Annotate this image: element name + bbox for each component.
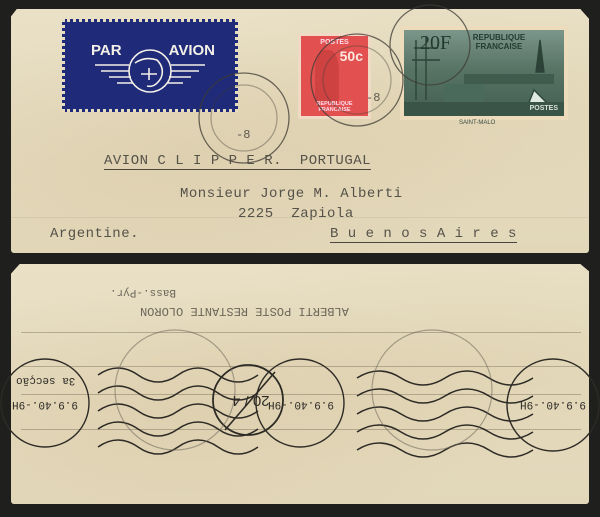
stamp-postes-text: POSTES: [530, 105, 558, 112]
postmark-date-right: 9.9.40.-9H: [520, 398, 586, 410]
stamp-country-text: REPUBLIQUE FRANCAISE: [301, 101, 368, 113]
routing-line: AVION C L I P P E R. PORTUGAL: [104, 153, 371, 170]
stamp-caption: SAINT-MALO: [459, 120, 495, 126]
stamp-50c-peace: POSTES 50c REPUBLIQUE FRANCAISE: [298, 33, 371, 119]
airmail-label: PAR AVION: [62, 19, 238, 112]
address-street: 2225 Zapiola: [238, 206, 354, 222]
address-city: B u e n o s A i r e s: [330, 226, 517, 243]
stamp-value: 50c: [340, 48, 363, 64]
sender-line-inverted: ALBERTI POSTE RESTANTE OLORON: [140, 304, 349, 318]
sender-sub-inverted: Bass.-Pyr.: [110, 286, 176, 298]
transit-mark-text: 20 / 4: [232, 392, 270, 409]
airmail-label-avion: AVION: [169, 42, 215, 59]
stamp-country-text: REPUBLIQUE FRANCAISE: [464, 33, 534, 51]
paper-line: [21, 429, 581, 430]
stamp-postes-text: POSTES: [301, 39, 368, 46]
paper-line: [21, 394, 581, 395]
stamp-20f-saint-malo: 20F REPUBLIQUE FRANCAISE POSTES SAINT-MA…: [400, 26, 568, 120]
postmark-top-left: 3a secção: [16, 374, 75, 386]
stamp-value: 20F: [420, 32, 451, 55]
postmark-date-center: 9.9.40.-9H: [268, 398, 334, 410]
envelope-flap-edge: [21, 332, 581, 333]
address-name: Monsieur Jorge M. Alberti: [180, 186, 403, 202]
cover-back: [11, 264, 589, 504]
airmail-label-par: PAR: [91, 42, 122, 59]
postmark-date-left: 9.9.40.-9H: [12, 398, 78, 410]
peace-figure-icon: [315, 50, 339, 102]
paper-line: [21, 366, 581, 367]
address-country: Argentine.: [50, 226, 139, 242]
